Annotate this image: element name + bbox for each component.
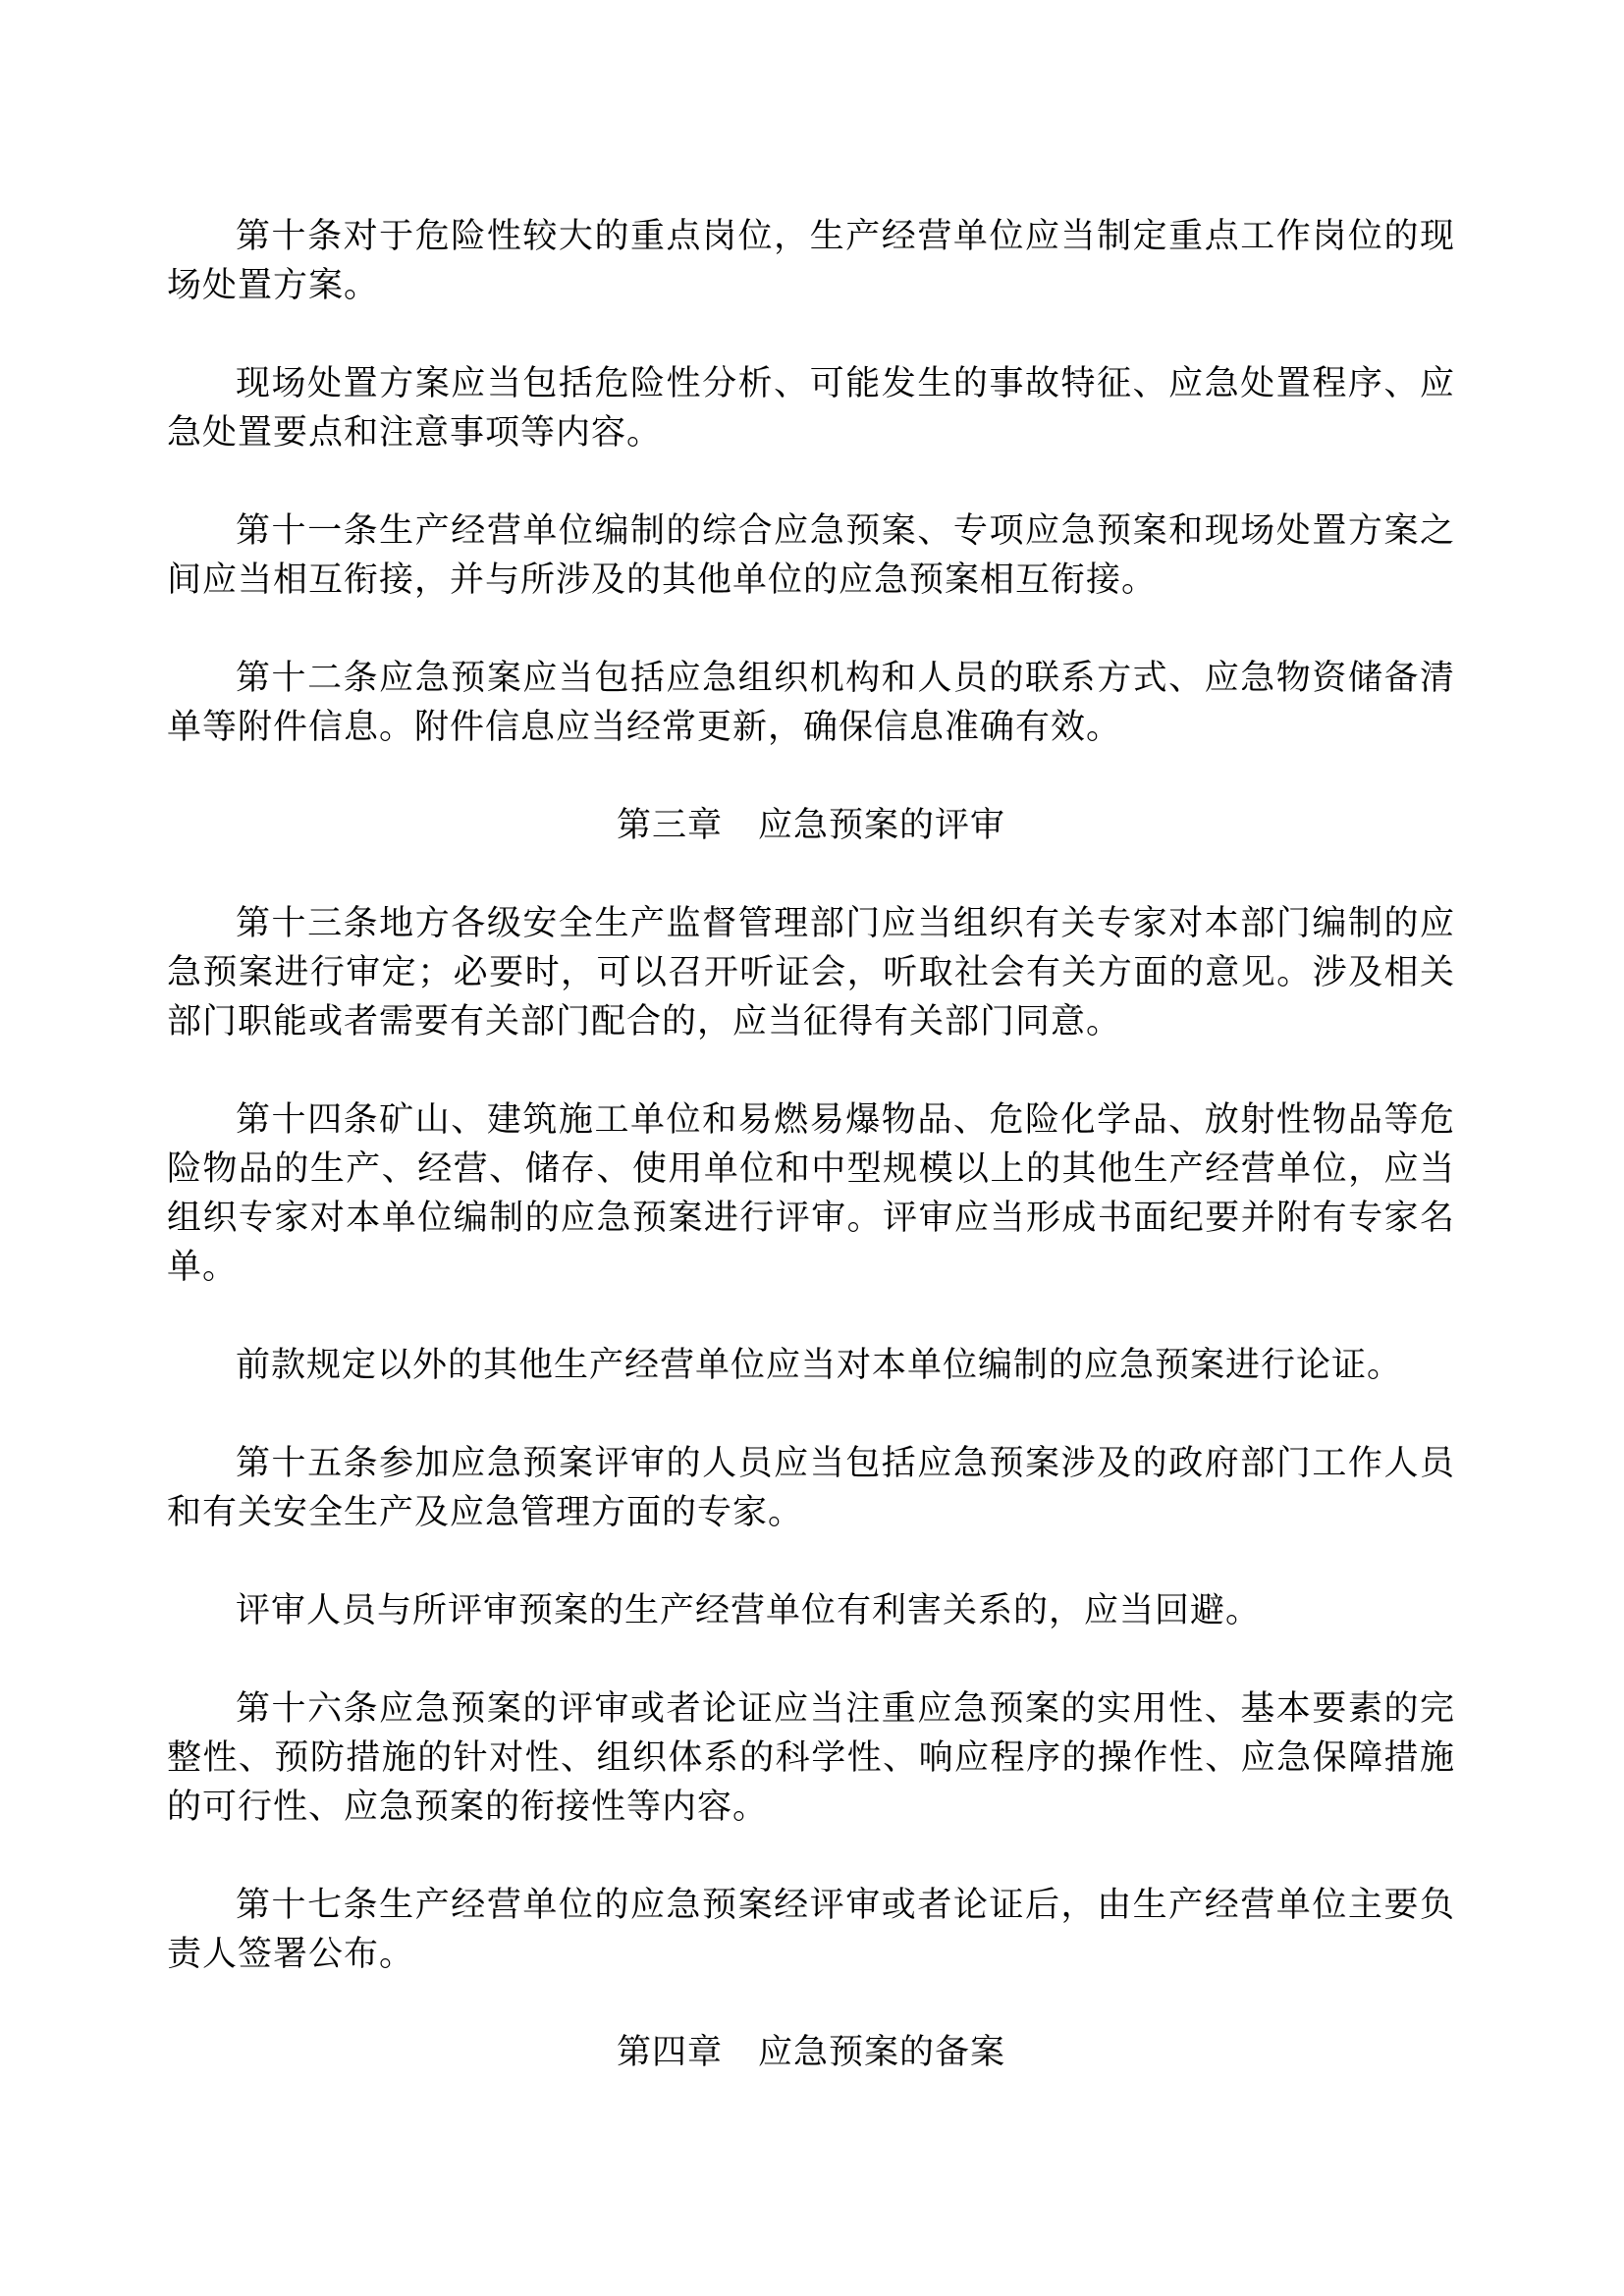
paragraph-article-13: 第十三条地方各级安全生产监督管理部门应当组织有关专家对本部门编制的应急预案进行审… — [167, 899, 1455, 1046]
paragraph-article-14: 第十四条矿山、建筑施工单位和易燃易爆物品、危险化学品、放射性物品等危险物品的生产… — [167, 1095, 1455, 1292]
document-page: 第十条对于危险性较大的重点岗位，生产经营单位应当制定重点工作岗位的现场处置方案。… — [0, 0, 1624, 2296]
paragraph-article-17: 第十七条生产经营单位的应急预案经评审或者论证后，由生产经营单位主要负责人签署公布… — [167, 1881, 1455, 1979]
paragraph-article-10: 第十条对于危险性较大的重点岗位，生产经营单位应当制定重点工作岗位的现场处置方案。 — [167, 212, 1455, 310]
chapter-heading-4: 第四章 应急预案的备案 — [167, 2028, 1455, 2077]
paragraph-article-14-other-units: 前款规定以外的其他生产经营单位应当对本单位编制的应急预案进行论证。 — [167, 1341, 1455, 1390]
paragraph-article-10-contents: 现场处置方案应当包括危险性分析、可能发生的事故特征、应急处置程序、应急处置要点和… — [167, 359, 1455, 457]
paragraph-article-11: 第十一条生产经营单位编制的综合应急预案、专项应急预案和现场处置方案之间应当相互衔… — [167, 507, 1455, 605]
paragraph-article-15: 第十五条参加应急预案评审的人员应当包括应急预案涉及的政府部门工作人员和有关安全生… — [167, 1439, 1455, 1537]
paragraph-article-12: 第十二条应急预案应当包括应急组织机构和人员的联系方式、应急物资储备清单等附件信息… — [167, 654, 1455, 752]
paragraph-article-15-recusal: 评审人员与所评审预案的生产经营单位有利害关系的，应当回避。 — [167, 1586, 1455, 1635]
chapter-heading-3: 第三章 应急预案的评审 — [167, 801, 1455, 850]
paragraph-article-16: 第十六条应急预案的评审或者论证应当注重应急预案的实用性、基本要素的完整性、预防措… — [167, 1684, 1455, 1832]
